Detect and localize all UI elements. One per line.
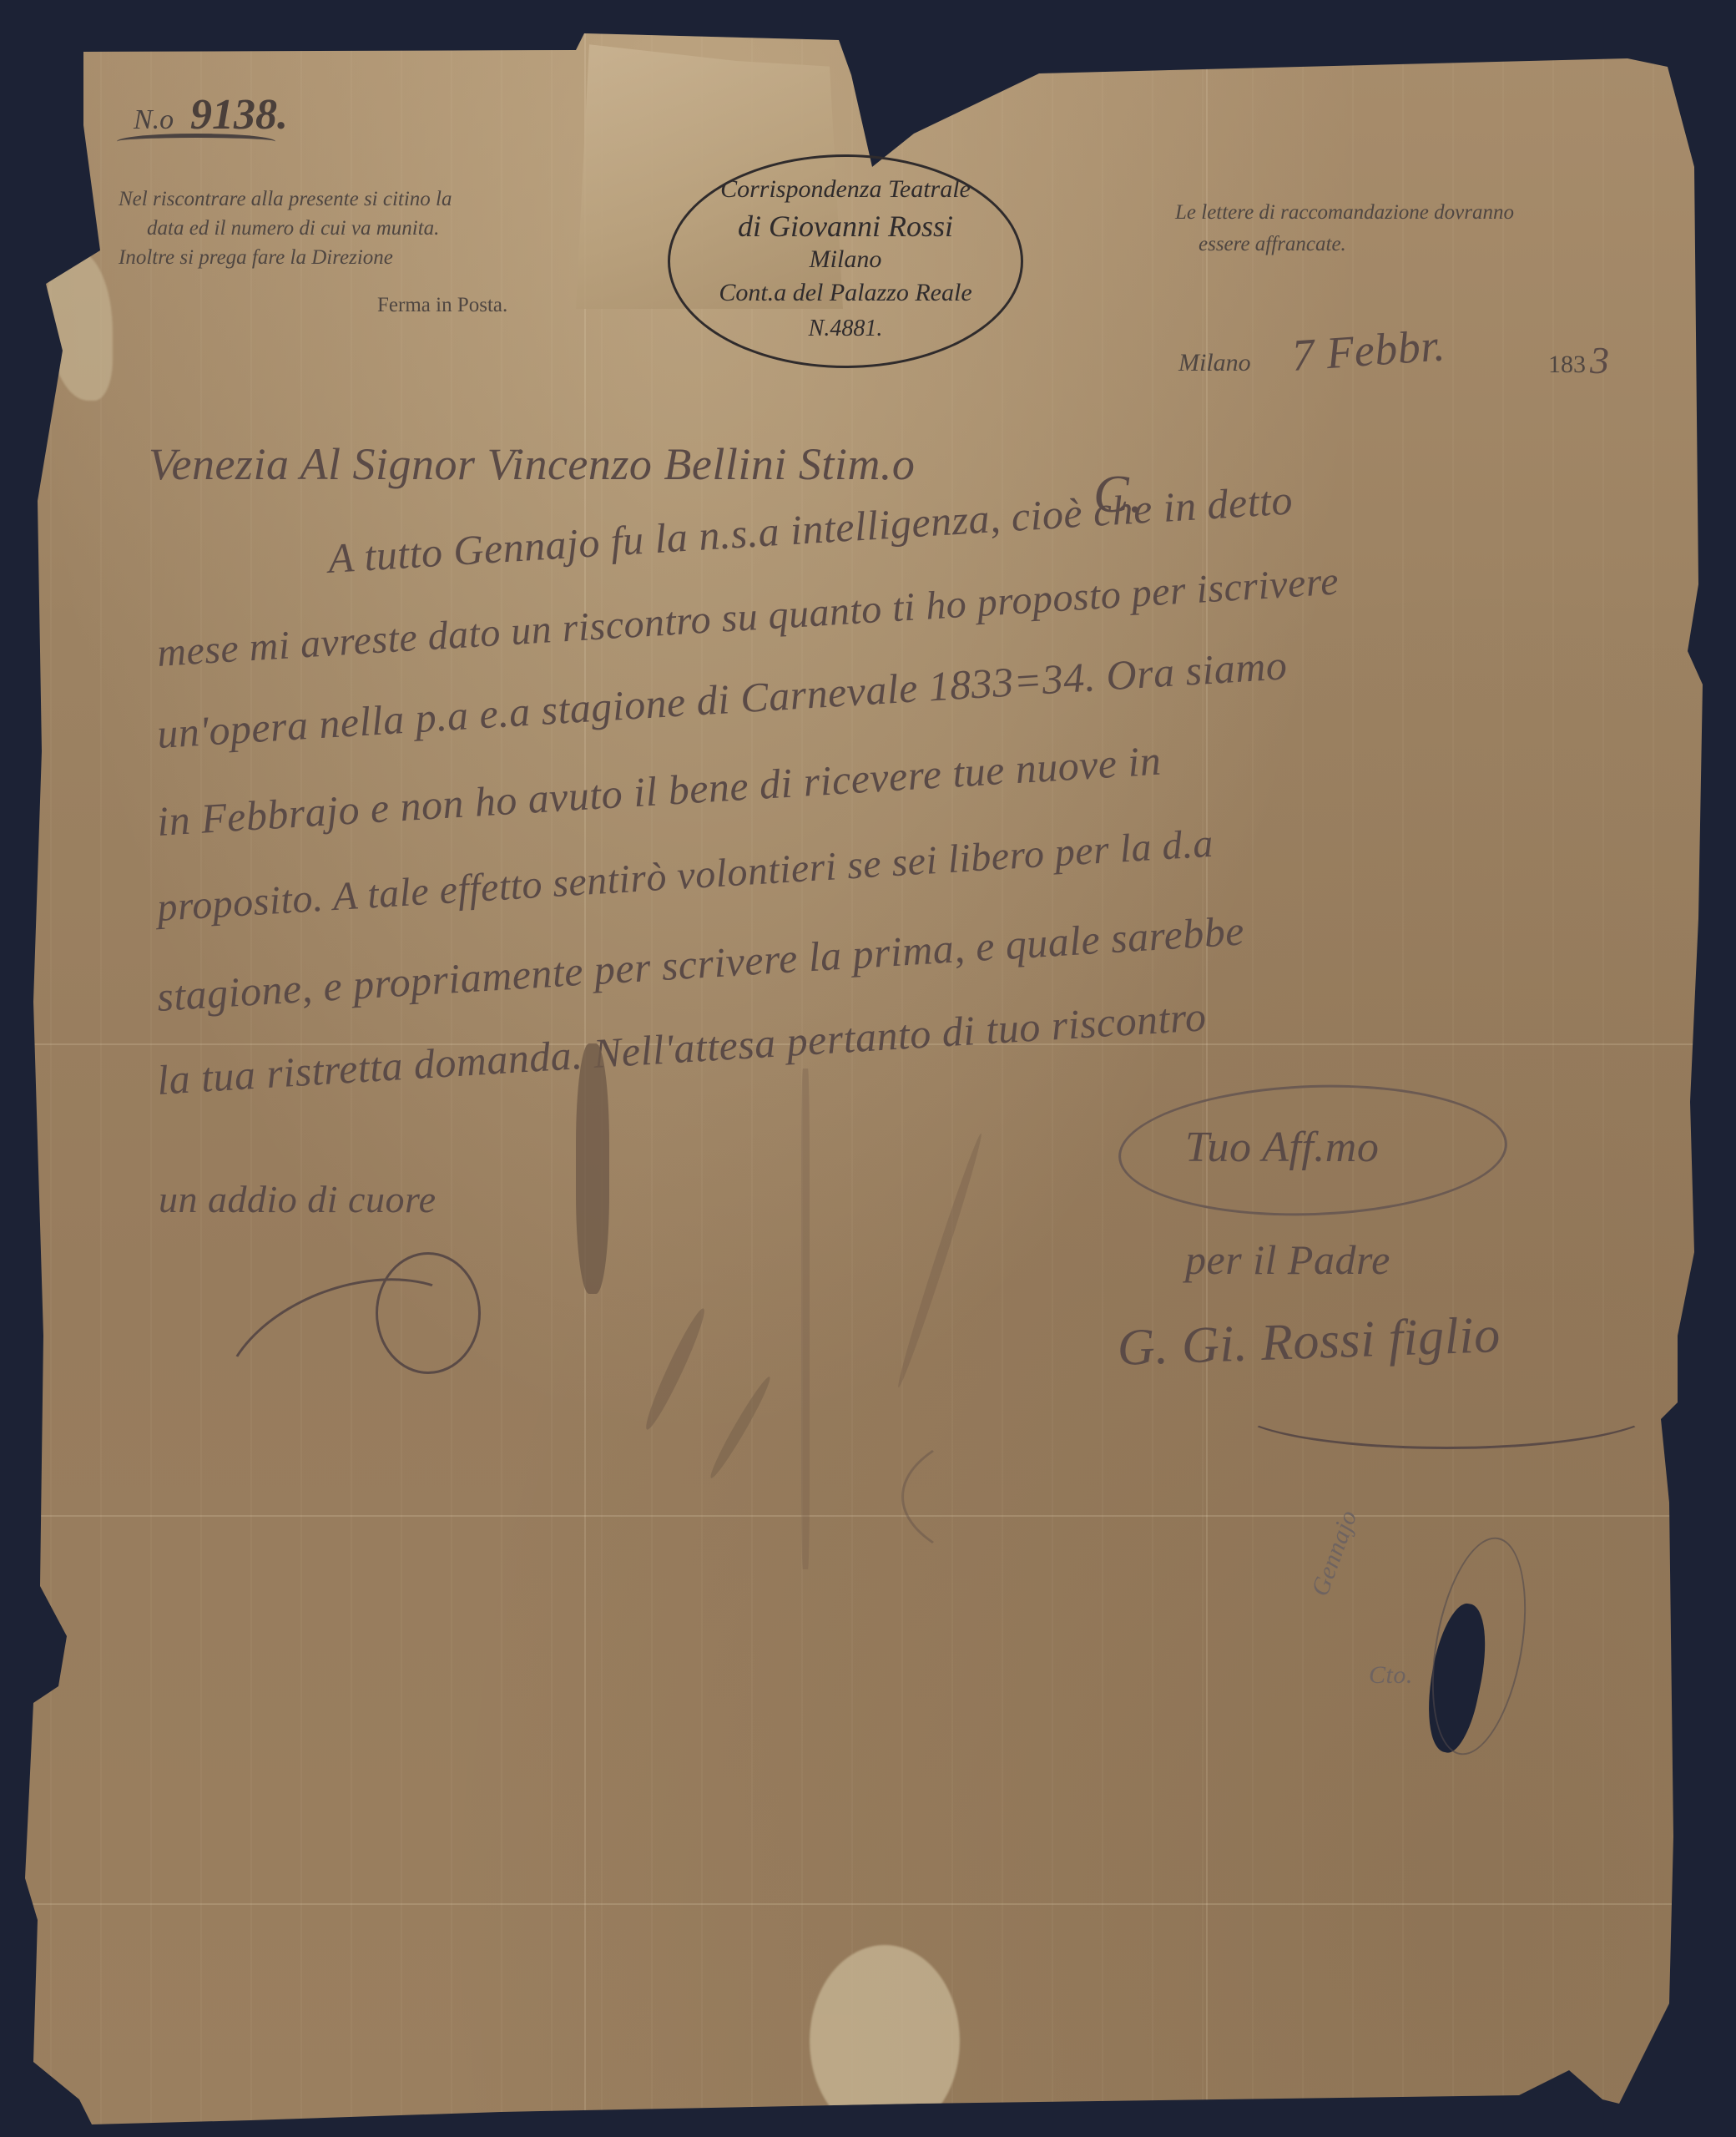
- left-notice-line-3: Inoltre si prega fare la Direzione: [119, 244, 393, 272]
- signature-closing: Tuo Aff.mo: [1185, 1123, 1379, 1172]
- letter-line-8: un addio di cuore: [159, 1177, 437, 1221]
- number-brace-ornament: [117, 134, 275, 149]
- fold-line: [1206, 0, 1208, 2137]
- seal-residue: [810, 1945, 960, 2137]
- right-notice-line-1: Le lettere di raccomandazione dovranno: [1175, 199, 1514, 227]
- ink-bleed-column: [801, 1068, 810, 1569]
- year-printed: 183: [1548, 351, 1586, 379]
- right-notice-line-2: essere affrancate.: [1199, 230, 1346, 259]
- salutation: Venezia Al Signor Vincenzo Bellini Stim.…: [149, 438, 915, 490]
- number-label: N.o: [134, 104, 174, 136]
- signature-per-il-padre: per il Padre: [1185, 1235, 1390, 1284]
- ink-bleed-mark: [576, 1043, 609, 1294]
- stamp-line-5: N.4881.: [670, 316, 1021, 342]
- ink-bleed-curve: [901, 1419, 1207, 1574]
- correspondence-stamp: Corrispondenza Teatrale di Giovanni Ross…: [668, 154, 1023, 368]
- signature-underline-flourish: [1235, 1369, 1658, 1449]
- stamp-line-3: Milano: [670, 245, 1021, 274]
- ferma-in-posta: Ferma in Posta.: [377, 294, 507, 317]
- handwritten-date: 7 Febbr.: [1290, 319, 1447, 381]
- stamp-line-2: di Giovanni Rossi: [670, 209, 1021, 244]
- stamp-line-4: Cont.a del Palazzo Reale: [670, 279, 1021, 307]
- left-notice-line-1: Nel riscontrare alla presente si citino …: [119, 185, 452, 214]
- left-notice-line-2: data ed il numero di cui va munita.: [147, 215, 439, 243]
- year-digit-handwritten: 3: [1590, 338, 1610, 382]
- stamp-line-1: Corrispondenza Teatrale: [670, 175, 1021, 204]
- fold-line: [0, 1515, 1736, 1517]
- fold-line: [0, 1903, 1736, 1905]
- place-milano: Milano: [1178, 349, 1251, 377]
- annotation-line-2: Cto.: [1369, 1661, 1413, 1690]
- letter-number: 9138.: [190, 90, 288, 139]
